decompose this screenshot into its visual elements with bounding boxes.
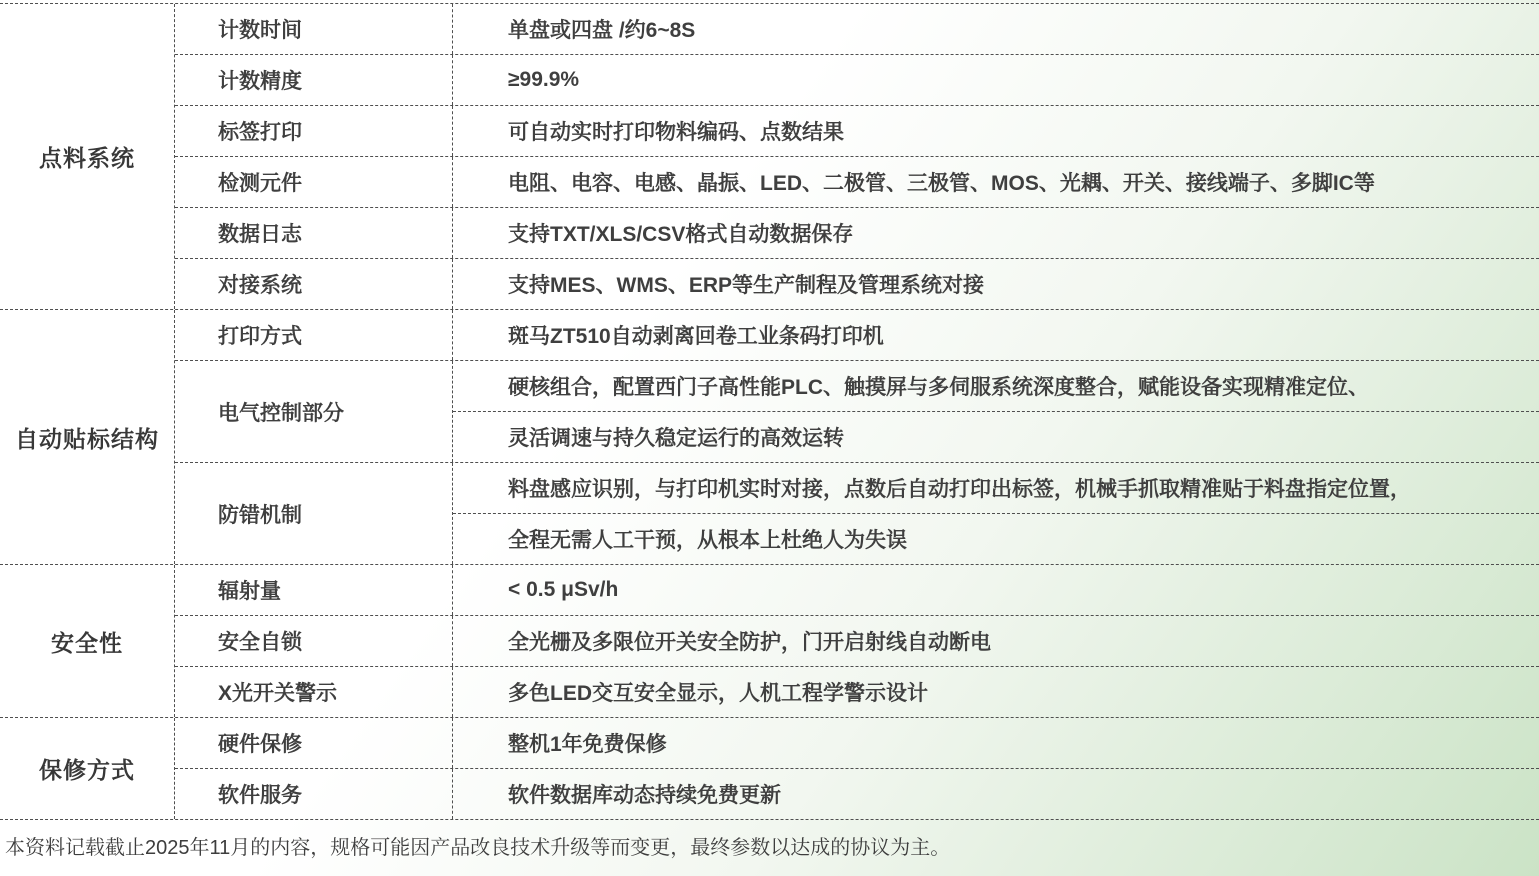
spec-label: 安全自锁 bbox=[175, 616, 453, 666]
spec-label: 检测元件 bbox=[175, 157, 453, 207]
spec-label: 计数精度 bbox=[175, 55, 453, 105]
spec-label: 标签打印 bbox=[175, 106, 453, 156]
spec-label: 防错机制 bbox=[175, 463, 453, 564]
table-row: 打印方式斑马ZT510自动剥离回卷工业条码打印机 bbox=[175, 310, 1539, 360]
table-row: 防错机制料盘感应识别，与打印机实时对接，点数后自动打印出标签，机械手抓取精准贴于… bbox=[175, 462, 1539, 564]
spec-value: 全程无需人工干预，从根本上杜绝人为失误 bbox=[453, 513, 1539, 564]
category-cell: 保修方式 bbox=[0, 718, 175, 819]
spec-values: 可自动实时打印物料编码、点数结果 bbox=[453, 106, 1539, 156]
table-row: 标签打印可自动实时打印物料编码、点数结果 bbox=[175, 105, 1539, 156]
spec-values: 电阻、电容、电感、晶振、LED、二极管、三极管、MOS、光耦、开关、接线端子、多… bbox=[453, 157, 1539, 207]
table-row: 计数精度≥99.9% bbox=[175, 54, 1539, 105]
spec-value: 支持MES、WMS、ERP等生产制程及管理系统对接 bbox=[453, 259, 1539, 309]
spec-values: < 0.5 μSv/h bbox=[453, 565, 1539, 615]
spec-values: 全光栅及多限位开关安全防护，门开启射线自动断电 bbox=[453, 616, 1539, 666]
spec-section: 自动贴标结构打印方式斑马ZT510自动剥离回卷工业条码打印机电气控制部分硬核组合… bbox=[0, 309, 1539, 564]
spec-values: ≥99.9% bbox=[453, 55, 1539, 105]
spec-value: 支持TXT/XLS/CSV格式自动数据保存 bbox=[453, 208, 1539, 258]
spec-label: 计数时间 bbox=[175, 4, 453, 54]
spec-section: 保修方式硬件保修整机1年免费保修软件服务软件数据库动态持续免费更新 bbox=[0, 717, 1539, 819]
spec-values: 支持TXT/XLS/CSV格式自动数据保存 bbox=[453, 208, 1539, 258]
spec-value: 硬核组合，配置西门子高性能PLC、触摸屏与多伺服系统深度整合，赋能设备实现精准定… bbox=[453, 361, 1539, 411]
spec-section: 安全性辐射量< 0.5 μSv/h安全自锁全光栅及多限位开关安全防护，门开启射线… bbox=[0, 564, 1539, 717]
table-row: 计数时间单盘或四盘 /约6~8S bbox=[175, 4, 1539, 54]
spec-label: X光开关警示 bbox=[175, 667, 453, 717]
spec-value: 灵活调速与持久稳定运行的高效运转 bbox=[453, 411, 1539, 462]
spec-values: 软件数据库动态持续免费更新 bbox=[453, 769, 1539, 819]
section-rows: 辐射量< 0.5 μSv/h安全自锁全光栅及多限位开关安全防护，门开启射线自动断… bbox=[175, 565, 1539, 717]
spec-label: 辐射量 bbox=[175, 565, 453, 615]
spec-table: 点料系统计数时间单盘或四盘 /约6~8S计数精度≥99.9%标签打印可自动实时打… bbox=[0, 3, 1539, 820]
spec-value: 软件数据库动态持续免费更新 bbox=[453, 769, 1539, 819]
spec-value: < 0.5 μSv/h bbox=[453, 565, 1539, 615]
spec-value: 斑马ZT510自动剥离回卷工业条码打印机 bbox=[453, 310, 1539, 360]
page: { "table": { "sections": [ { "category":… bbox=[0, 0, 1539, 876]
spec-label: 软件服务 bbox=[175, 769, 453, 819]
spec-value: 料盘感应识别，与打印机实时对接，点数后自动打印出标签，机械手抓取精准贴于料盘指定… bbox=[453, 463, 1539, 513]
spec-label: 电气控制部分 bbox=[175, 361, 453, 462]
spec-label: 硬件保修 bbox=[175, 718, 453, 768]
spec-value: 多色LED交互安全显示，人机工程学警示设计 bbox=[453, 667, 1539, 717]
section-rows: 硬件保修整机1年免费保修软件服务软件数据库动态持续免费更新 bbox=[175, 718, 1539, 819]
spec-value: 全光栅及多限位开关安全防护，门开启射线自动断电 bbox=[453, 616, 1539, 666]
category-cell: 自动贴标结构 bbox=[0, 310, 175, 564]
spec-label: 打印方式 bbox=[175, 310, 453, 360]
spec-value: 整机1年免费保修 bbox=[453, 718, 1539, 768]
table-row: 软件服务软件数据库动态持续免费更新 bbox=[175, 768, 1539, 819]
spec-label: 数据日志 bbox=[175, 208, 453, 258]
table-row: 数据日志支持TXT/XLS/CSV格式自动数据保存 bbox=[175, 207, 1539, 258]
footer-note: 本资料记载截止2025年11月的内容，规格可能因产品改良技术升级等而变更，最终参… bbox=[5, 831, 950, 860]
table-row: 检测元件电阻、电容、电感、晶振、LED、二极管、三极管、MOS、光耦、开关、接线… bbox=[175, 156, 1539, 207]
category-cell: 点料系统 bbox=[0, 4, 175, 309]
spec-values: 料盘感应识别，与打印机实时对接，点数后自动打印出标签，机械手抓取精准贴于料盘指定… bbox=[453, 463, 1539, 564]
table-row: 硬件保修整机1年免费保修 bbox=[175, 718, 1539, 768]
table-row: 安全自锁全光栅及多限位开关安全防护，门开启射线自动断电 bbox=[175, 615, 1539, 666]
spec-values: 硬核组合，配置西门子高性能PLC、触摸屏与多伺服系统深度整合，赋能设备实现精准定… bbox=[453, 361, 1539, 462]
category-cell: 安全性 bbox=[0, 565, 175, 717]
section-rows: 打印方式斑马ZT510自动剥离回卷工业条码打印机电气控制部分硬核组合，配置西门子… bbox=[175, 310, 1539, 564]
table-row: 对接系统支持MES、WMS、ERP等生产制程及管理系统对接 bbox=[175, 258, 1539, 309]
spec-values: 支持MES、WMS、ERP等生产制程及管理系统对接 bbox=[453, 259, 1539, 309]
table-row: X光开关警示多色LED交互安全显示，人机工程学警示设计 bbox=[175, 666, 1539, 717]
section-rows: 计数时间单盘或四盘 /约6~8S计数精度≥99.9%标签打印可自动实时打印物料编… bbox=[175, 4, 1539, 309]
spec-values: 多色LED交互安全显示，人机工程学警示设计 bbox=[453, 667, 1539, 717]
spec-section: 点料系统计数时间单盘或四盘 /约6~8S计数精度≥99.9%标签打印可自动实时打… bbox=[0, 4, 1539, 309]
spec-label: 对接系统 bbox=[175, 259, 453, 309]
spec-values: 斑马ZT510自动剥离回卷工业条码打印机 bbox=[453, 310, 1539, 360]
spec-value: 单盘或四盘 /约6~8S bbox=[453, 4, 1539, 54]
table-row: 电气控制部分硬核组合，配置西门子高性能PLC、触摸屏与多伺服系统深度整合，赋能设… bbox=[175, 360, 1539, 462]
spec-values: 单盘或四盘 /约6~8S bbox=[453, 4, 1539, 54]
spec-value: 可自动实时打印物料编码、点数结果 bbox=[453, 106, 1539, 156]
table-row: 辐射量< 0.5 μSv/h bbox=[175, 565, 1539, 615]
spec-value: 电阻、电容、电感、晶振、LED、二极管、三极管、MOS、光耦、开关、接线端子、多… bbox=[453, 157, 1539, 207]
spec-value: ≥99.9% bbox=[453, 55, 1539, 105]
spec-values: 整机1年免费保修 bbox=[453, 718, 1539, 768]
